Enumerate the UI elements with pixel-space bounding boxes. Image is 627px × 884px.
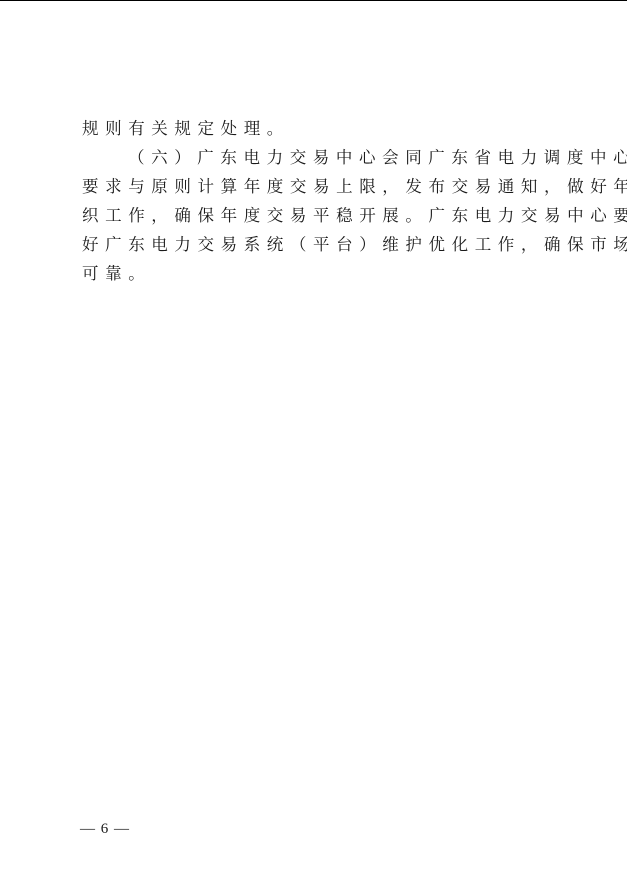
text-line: 规则有关规定处理。	[82, 114, 552, 143]
text-line: 要求与原则计算年度交易上限，发布交易通知，做好年度交易组	[82, 172, 552, 201]
text-line-item-6-start: （六）广东电力交易中心会同广东省电力调度中心按照相关	[82, 143, 552, 172]
document-body: 规则有关规定处理。 （六）广东电力交易中心会同广东省电力调度中心按照相关 要求与…	[82, 114, 552, 288]
text-line: 织工作，确保年度交易平稳开展。广东电力交易中心要进一步做	[82, 201, 552, 230]
top-border-line	[0, 0, 627, 1]
text-line: 可靠。	[82, 259, 552, 288]
text-line: 好广东电力交易系统（平台）维护优化工作，确保市场交易安全	[82, 230, 552, 259]
page-number: — 6 —	[80, 819, 130, 839]
